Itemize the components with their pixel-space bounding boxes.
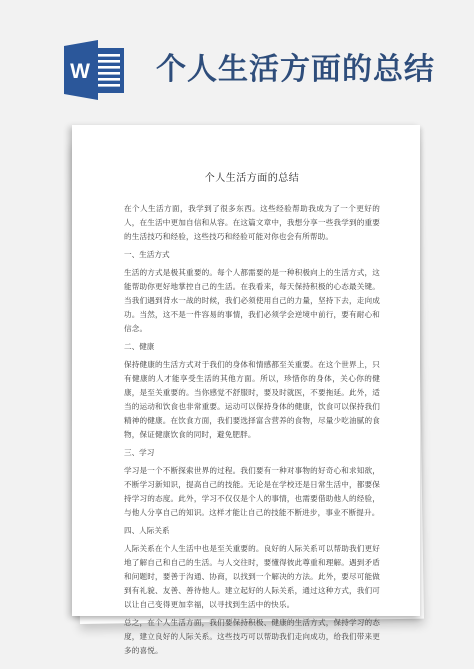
- intro-paragraph: 在个人生活方面，我学到了很多东西。这些经验帮助我成为了一个更好的人，在生活中更加…: [124, 202, 380, 244]
- conclusion-paragraph: 总之，在个人生活方面，我们要保持积极、健康的生活方式，保持学习的态度，建立良好的…: [124, 616, 380, 658]
- document-page: 个人生活方面的总结 在个人生活方面，我学到了很多东西。这些经验帮助我成为了一个更…: [72, 125, 420, 616]
- section-heading-health: 二、健康: [124, 340, 380, 354]
- document-content: 个人生活方面的总结 在个人生活方面，我学到了很多东西。这些经验帮助我成为了一个更…: [124, 169, 380, 662]
- word-document-icon: W: [64, 40, 128, 100]
- page-header: W 个人生活方面的总结: [0, 0, 474, 120]
- section-body-lifestyle: 生活的方式是极其重要的。每个人都需要的是一种积极向上的生活方式，这能帮助你更好地…: [124, 266, 380, 336]
- page-title: 个人生活方面的总结: [156, 44, 435, 88]
- svg-text:W: W: [70, 60, 90, 83]
- document-title: 个人生活方面的总结: [124, 169, 380, 184]
- section-body-relationships: 人际关系在个人生活中也是至关重要的。良好的人际关系可以帮助我们更好地了解自己和自…: [124, 542, 380, 612]
- section-heading-learning: 三、学习: [124, 446, 380, 460]
- section-heading-lifestyle: 一、生活方式: [124, 248, 380, 262]
- section-heading-relationships: 四、人际关系: [124, 524, 380, 538]
- section-body-health: 保持健康的生活方式对于我们的身体和情感都至关重要。在这个世界上，只有健康的人才能…: [124, 358, 380, 442]
- section-body-learning: 学习是一个不断探索世界的过程。我们要有一种对事物的好奇心和求知欲，不断学习新知识…: [124, 464, 380, 520]
